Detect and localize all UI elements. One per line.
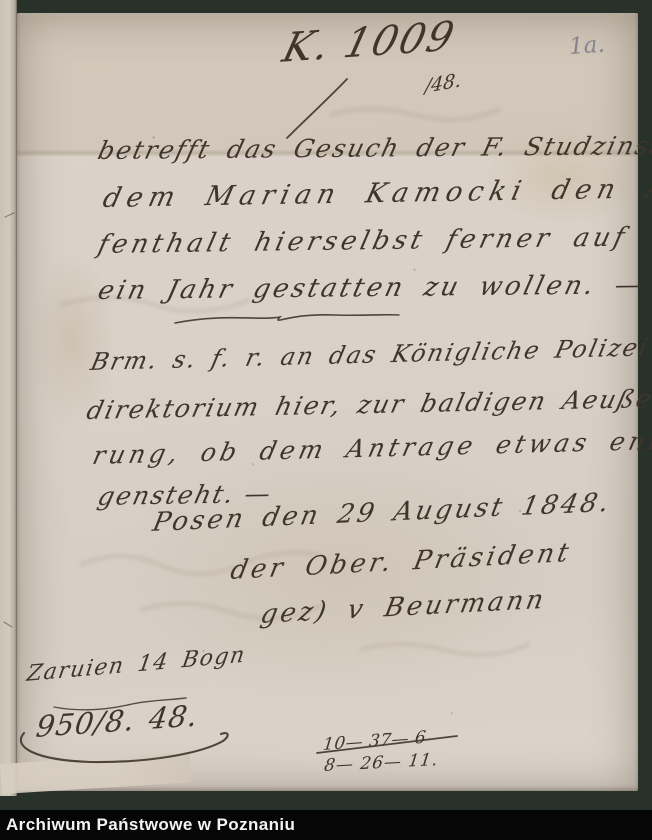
folio-number-pencil: 1a.	[568, 32, 605, 60]
archive-caption: Archiwum Państwowe w Poznaniu	[0, 815, 295, 835]
archival-scan-viewport: K. 1009 /48. 1a. betrefft das Gesuch der…	[0, 0, 652, 840]
letter-line-4: ein Jahr gestatten zu wollen. —	[95, 270, 648, 306]
archive-footer-bar: Archiwum Państwowe w Poznaniu	[0, 810, 652, 840]
adjacent-page-edge	[0, 0, 17, 796]
letter-line-1: betrefft das Gesuch der F. Studzinska	[95, 131, 652, 165]
